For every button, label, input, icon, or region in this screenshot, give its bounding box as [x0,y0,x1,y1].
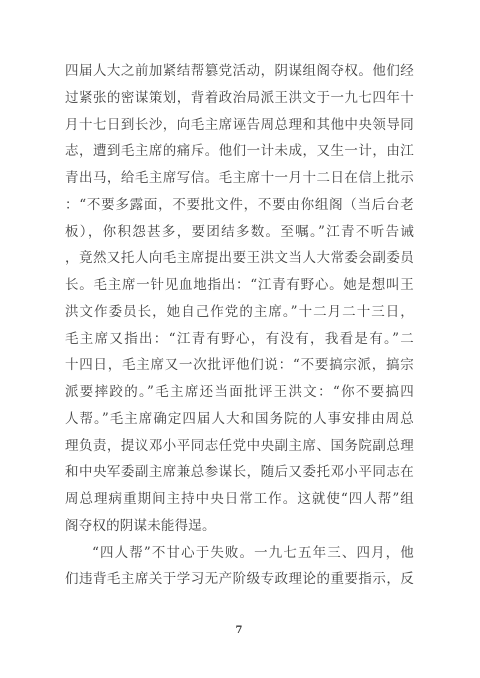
text-line: 青出马，给毛主席写信。毛主席十一月十二日在信上批示 [65,165,414,192]
text-line: 们违背毛主席关于学习无产阶级专政理论的重要指示，反 [65,566,414,593]
text-line: 理负责，提议邓小平同志任党中央副主席、国务院副总理 [65,433,414,460]
text-line: 派要摔跤的。”毛主席还当面批评王洪文：“你不要搞四 [65,379,414,406]
text-line: 板），你积怨甚多，要团结多数。至嘱。”江青不听告诫 [65,219,414,246]
text-line: 志，遭到毛主席的痛斥。他们一计未成，又生一计，由江 [65,138,414,165]
text-line: 和中央军委副主席兼总参谋长，随后又委托邓小平同志在 [65,459,414,486]
page-number: 7 [0,625,478,636]
text-line: “四人帮”不甘心于失败。一九七五年三、四月，他 [65,540,414,567]
text-line: ：“不要多露面，不要批文件，不要由你组阁（当后台老 [65,192,414,219]
text-line: ，竟然又托人向毛主席提出要王洪文当人大常委会副委员 [65,245,414,272]
text-line: 周总理病重期间主持中央日常工作。这就使“四人帮”组 [65,486,414,513]
text-line: 毛主席又指出：“江青有野心，有没有，我看是有。”二 [65,326,414,353]
text-line: 长。毛主席一针见血地指出：“江青有野心。她是想叫王 [65,272,414,299]
text-line: 过紧张的密谋策划，背着政治局派王洪文于一九七四年十 [65,85,414,112]
text-line: 四届人大之前加紧结帮篡党活动，阴谋组阁夺权。他们经 [65,58,414,85]
document-page: 四届人大之前加紧结帮篡党活动，阴谋组阁夺权。他们经 过紧张的密谋策划，背着政治局… [0,0,480,678]
text-line: 人帮。”毛主席确定四届人大和国务院的人事安排由周总 [65,406,414,433]
text-line: 洪文作委员长，她自己作党的主席。”十二月二十三日， [65,299,414,326]
text-line: 十四日，毛主席又一次批评他们说：“不要搞宗派，搞宗 [65,352,414,379]
text-line: 月十七日到长沙，向毛主席诬告周总理和其他中央领导同 [65,112,414,139]
text-line: 阁夺权的阴谋未能得逞。 [65,513,414,540]
text-block: 四届人大之前加紧结帮篡党活动，阴谋组阁夺权。他们经 过紧张的密谋策划，背着政治局… [65,58,414,593]
